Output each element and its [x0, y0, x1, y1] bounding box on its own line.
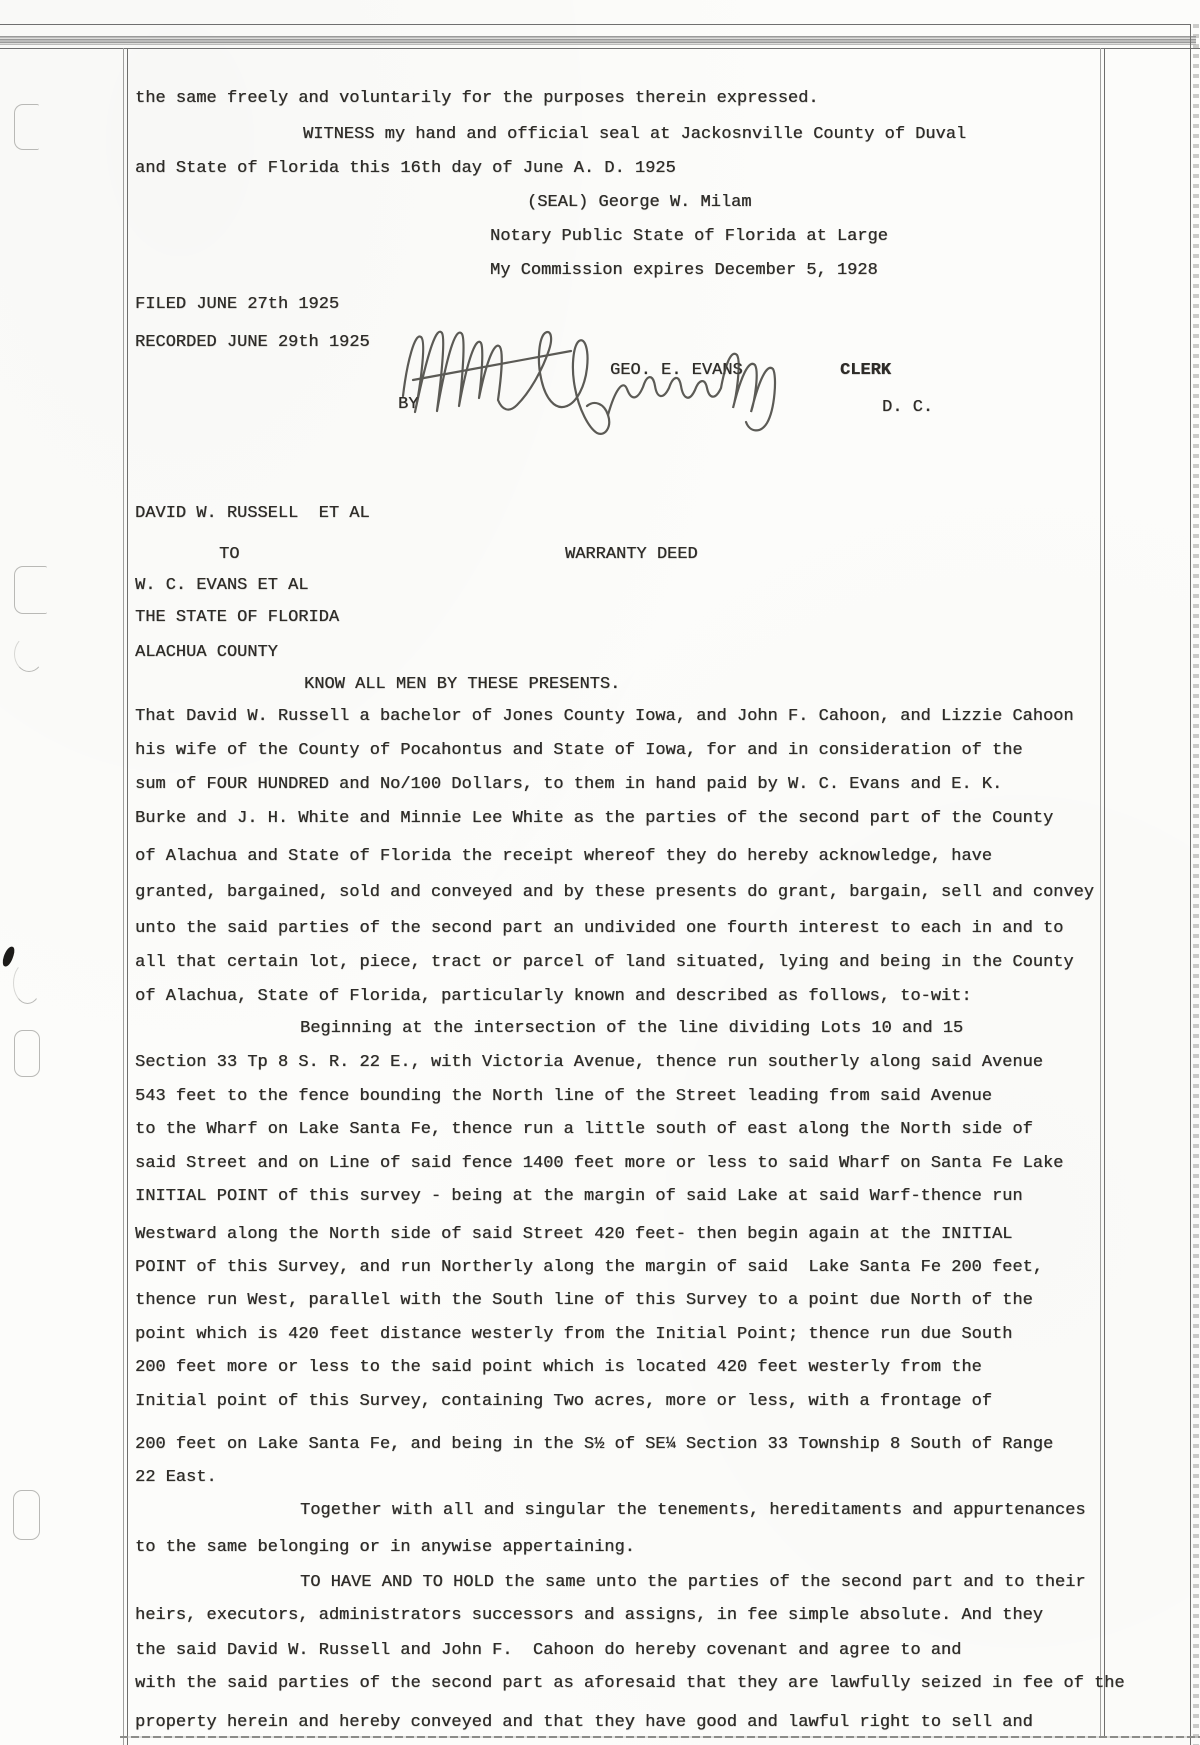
binder-mark [14, 1030, 40, 1077]
binder-mark [14, 636, 44, 672]
binder-mark [14, 104, 39, 150]
deed-record-page: the same freely and voluntarily for the … [0, 0, 1200, 1745]
habendum-line: to the same belonging or in anywise appe… [135, 1539, 635, 1556]
page-edge-texture [1193, 24, 1199, 1745]
county-caption: ALACHUA COUNTY [135, 644, 278, 661]
witness-clause-line-2: and State of Florida this 16th day of Ju… [135, 160, 676, 177]
deed-body-line: his wife of the County of Pocahontus and… [135, 742, 1023, 759]
commission-expiry: My Commission expires December 5, 1928 [490, 262, 878, 279]
notary-title: Notary Public State of Florida at Large [490, 228, 888, 245]
deed-body-line: sum of FOUR HUNDRED and No/100 Dollars, … [135, 776, 1002, 793]
top-rule-thin [0, 24, 1190, 25]
habendum-line: heirs, executors, administrators success… [135, 1607, 1043, 1624]
deed-body-line: That David W. Russell a bachelor of Jone… [135, 708, 1074, 725]
closing-acknowledgment-line: the same freely and voluntarily for the … [135, 90, 819, 107]
bottom-page-edge [120, 1736, 1200, 1738]
left-margin-rule-outer [123, 48, 124, 1745]
recorded-stamp: RECORDED JUNE 29th 1925 [135, 334, 370, 351]
deputy-clerk-signature [385, 316, 835, 441]
habendum-line: the said David W. Russell and John F. Ca… [135, 1642, 961, 1659]
legal-description-line: said Street and on Line of said fence 14… [135, 1155, 1063, 1172]
binder-mark [14, 566, 47, 614]
left-margin-rule-inner [127, 48, 128, 1745]
legal-description-line: to the Wharf on Lake Santa Fe, thence ru… [135, 1121, 1033, 1138]
ink-blot [1, 945, 16, 968]
document-type-title: WARRANTY DEED [565, 546, 698, 563]
seal-notary-name: (SEAL) George W. Milam [527, 194, 751, 211]
top-rule-band [0, 36, 1196, 45]
deed-body-line: of Alachua, State of Florida, particular… [135, 988, 972, 1005]
legal-description-line: 22 East. [135, 1469, 217, 1486]
legal-description-line: Westward along the North side of said St… [135, 1226, 1012, 1243]
legal-description-line: INITIAL POINT of this survey - being at … [135, 1188, 1023, 1205]
habendum-line: property herein and hereby conveyed and … [135, 1714, 1033, 1731]
habendum-line: with the said parties of the second part… [135, 1675, 1125, 1692]
legal-description-line: 543 feet to the fence bounding the North… [135, 1088, 992, 1105]
right-margin-rule-inner [1100, 48, 1101, 1736]
legal-description-line: Beginning at the intersection of the lin… [300, 1020, 963, 1037]
deed-body-line: of Alachua and State of Florida the rece… [135, 848, 992, 865]
witness-clause-line-1: WITNESS my hand and official seal at Jac… [303, 126, 966, 143]
grantee-name: W. C. EVANS ET AL [135, 577, 308, 594]
habendum-line: TO HAVE AND TO HOLD the same unto the pa… [300, 1574, 1086, 1591]
page-edge-rule [1190, 24, 1191, 1745]
deed-body-line: Burke and J. H. White and Minnie Lee Whi… [135, 810, 1053, 827]
right-margin-rule-outer [1104, 48, 1105, 1736]
legal-description-line: thence run West, parallel with the South… [135, 1292, 1033, 1309]
habendum-line: Together with all and singular the tenem… [300, 1502, 1086, 1519]
deed-body-line: all that certain lot, piece, tract or pa… [135, 954, 1074, 971]
legal-description-line: 200 feet more or less to the said point … [135, 1359, 982, 1376]
grantor-name: DAVID W. RUSSELL ET AL [135, 505, 370, 522]
binder-mark [13, 962, 42, 1004]
deputy-clerk-initials: D. C. [882, 399, 933, 416]
deed-body-line: granted, bargained, sold and conveyed an… [135, 884, 1094, 901]
binder-mark [13, 1490, 40, 1540]
legal-description-line: Section 33 Tp 8 S. R. 22 E., with Victor… [135, 1054, 1043, 1071]
top-rule-lower [0, 48, 1200, 49]
clerk-title: CLERK [840, 362, 891, 379]
state-caption: THE STATE OF FLORIDA [135, 609, 339, 626]
deed-body-line: unto the said parties of the second part… [135, 920, 1063, 937]
presents-opening: KNOW ALL MEN BY THESE PRESENTS. [304, 676, 620, 693]
filed-stamp: FILED JUNE 27th 1925 [135, 296, 339, 313]
legal-description-line: point which is 420 feet distance westerl… [135, 1326, 1012, 1343]
legal-description-line: POINT of this Survey, and run Northerly … [135, 1259, 1043, 1276]
legal-description-line: Initial point of this Survey, containing… [135, 1393, 992, 1410]
legal-description-line: 200 feet on Lake Santa Fe, and being in … [135, 1436, 1053, 1453]
to-label: TO [219, 546, 239, 563]
